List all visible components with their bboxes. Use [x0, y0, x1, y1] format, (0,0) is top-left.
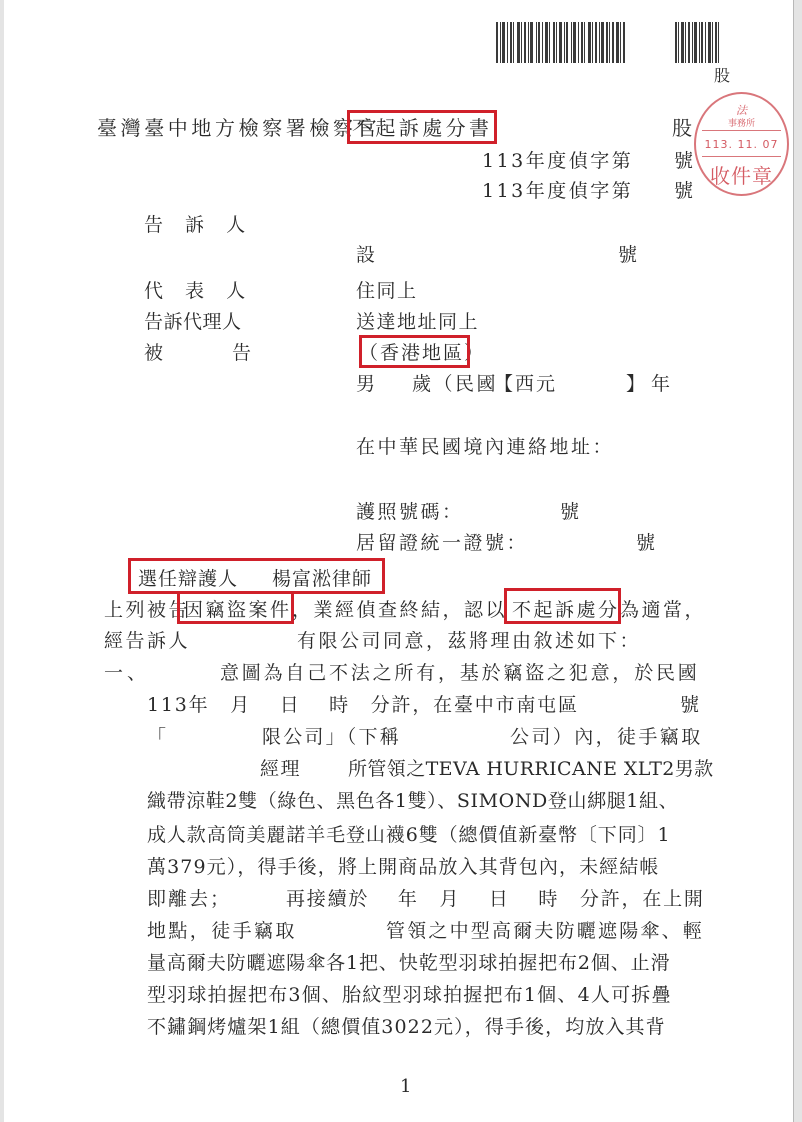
complainant-address-suffix: 號: [618, 246, 639, 265]
stamp-divider: [702, 130, 781, 131]
agent-value: 送達地址同上: [356, 313, 479, 332]
body-line: 限公司」（下稱: [262, 728, 401, 747]
defendant-western-year: 【西元: [494, 375, 557, 394]
stamp-date: 113. 11. 07: [696, 138, 787, 151]
body-line: 經理: [260, 760, 301, 779]
body-line: 「: [147, 728, 168, 747]
representative-label: 代 表 人: [144, 282, 253, 301]
intro-line2-b: 有限公司同意，茲將理由敘述如下：: [297, 632, 641, 651]
body-line: 管領之中型高爾夫防曬遮陽傘、輕: [386, 922, 704, 941]
passport-label: 護照號碼：: [356, 503, 464, 522]
intro-line2-a: 經告訴人: [104, 632, 190, 651]
body-line: 意圖為自己不法之所有，基於竊盜之犯意，於民國: [220, 664, 700, 683]
barcode-division-label: 股: [714, 68, 732, 84]
case-number-2-prefix: 113年度偵字第: [482, 182, 633, 201]
contact-address-label: 在中華民國境內連絡地址：: [356, 438, 614, 457]
stamp-org-text: 事務所: [696, 116, 787, 129]
residence-id-suffix: 號: [636, 534, 657, 553]
body-line-suffix: 號: [680, 696, 701, 715]
barcode-segment: [675, 22, 719, 63]
defendant-gender: 男: [356, 375, 377, 394]
case-number-1-prefix: 113年度偵字第: [482, 152, 633, 171]
complainant-address-prefix: 設: [356, 246, 377, 265]
representative-value: 住同上: [356, 282, 418, 301]
body-line: 量高爾夫防曬遮陽傘各1把、快乾型羽球拍握把布2個、止滑: [147, 954, 670, 973]
case-number-2-suffix: 號: [674, 182, 695, 201]
intro-text-2: ，業經偵查終結，認以: [292, 601, 507, 620]
highlight-box-charge: [177, 591, 294, 624]
highlight-box-region: [359, 335, 470, 368]
body-line: 不鏽鋼烤爐架1組（總價值3022元），得手後，均放入其背: [147, 1018, 666, 1037]
body-line: 萬379元），得手後，將上開商品放入其背包內，未經結帳: [147, 858, 659, 877]
agent-label: 告訴代理人: [144, 313, 242, 332]
body-line: 型羽球拍握把布3個、胎紋型羽球拍握把布1個、4人可拆疊: [147, 986, 672, 1005]
page-number: 1: [400, 1076, 411, 1097]
document-page: 股 臺灣臺中地方檢察署檢察官 不起訴處分書 股 113年度偵字第 號 113年度…: [4, 0, 794, 1122]
stamp-bottom-text: 收件章: [696, 160, 787, 189]
residence-id-label: 居留證統一證號：: [356, 534, 528, 553]
defendant-year-suffix: 】年: [626, 375, 676, 394]
division-label: 股: [672, 118, 694, 138]
body-line: 所管領之TEVA HURRICANE XLT2男款: [348, 760, 714, 779]
body-line: 織帶涼鞋2雙（綠色、黑色各1雙）、SIMOND登山綁腿1組、: [147, 792, 678, 811]
defendant-label-end: 告: [232, 344, 253, 363]
highlight-box-disposition: [504, 588, 621, 624]
body-line: 公司）內，徒手竊取: [510, 728, 703, 747]
document-title-prefix: 臺灣臺中地方檢察署檢察官: [97, 118, 380, 138]
highlight-box-title: [347, 110, 497, 144]
body-line: 地點，徒手竊取: [147, 922, 297, 941]
body-line: 即離去；: [147, 890, 231, 909]
body-line: 成人款高筒美麗諾羊毛登山襪6雙（總價值新臺幣〔下同〕1: [147, 826, 670, 845]
barcode: [496, 22, 625, 63]
passport-suffix: 號: [560, 503, 581, 522]
body-line: 再接續於 年 月 日 時 分許，在上開: [286, 890, 705, 909]
stamp-divider: [702, 156, 781, 157]
defendant-label: 被: [144, 344, 165, 363]
complainant-label: 告 訴 人: [144, 216, 253, 235]
received-stamp: 法 事務所 113. 11. 07 收件章: [694, 92, 789, 196]
body-line: 113年 月 日 時 分許，在臺中市南屯區: [147, 696, 579, 715]
highlight-box-counsel: [128, 558, 385, 594]
section-number: 一、: [104, 664, 150, 683]
intro-text-3: 為適當，: [620, 601, 706, 620]
case-number-1-suffix: 號: [674, 152, 695, 171]
defendant-age: 歲（民國: [412, 375, 498, 394]
